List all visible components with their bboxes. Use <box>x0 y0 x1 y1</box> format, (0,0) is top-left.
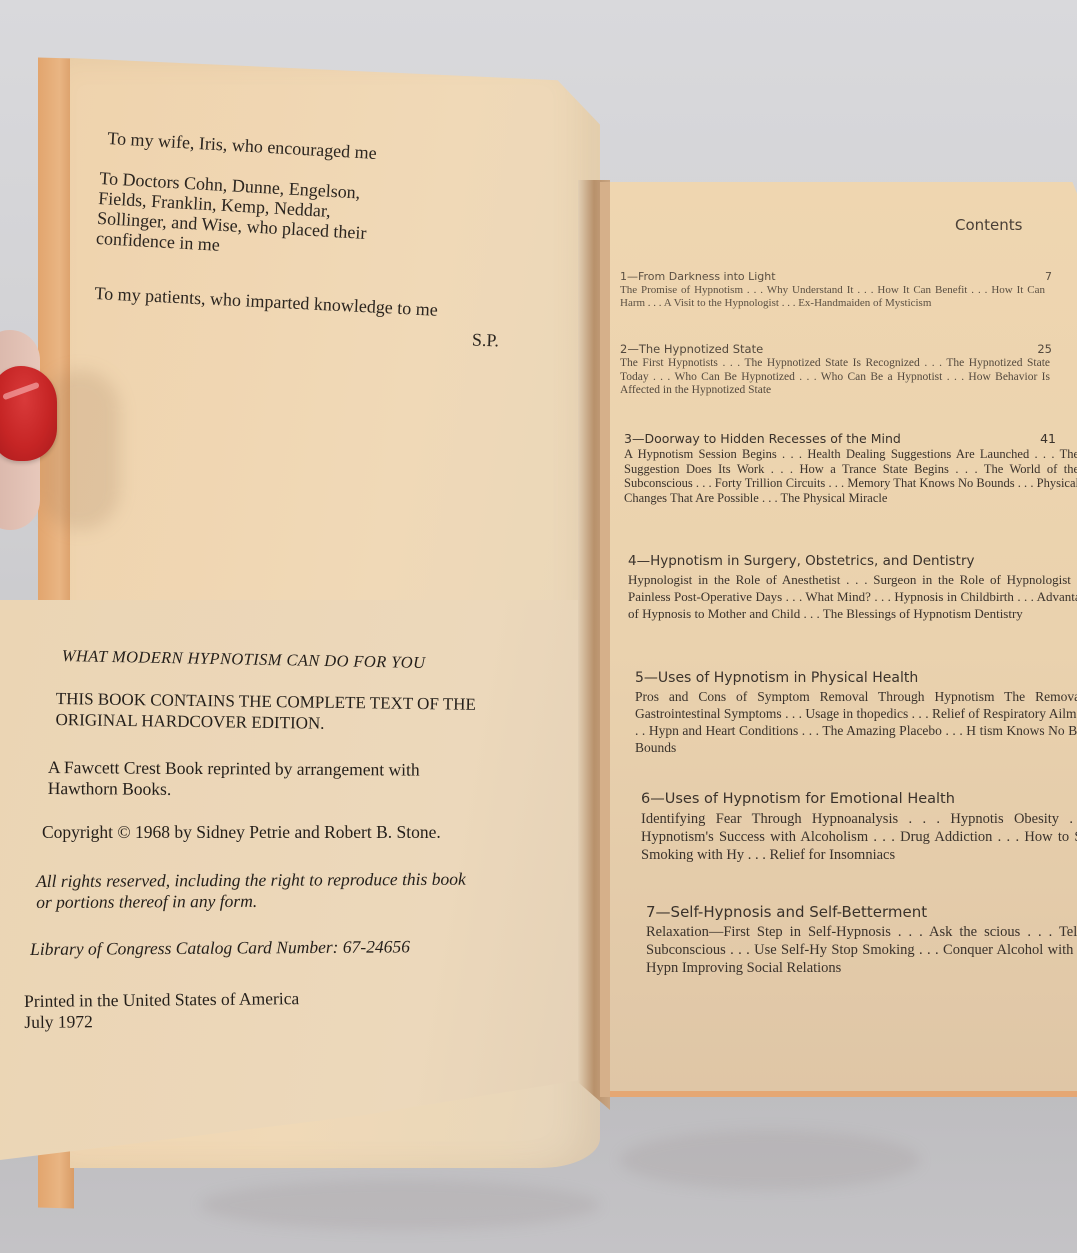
toc-chapter-title: 5—Uses of Hypnotism in Physical Health <box>635 669 918 687</box>
toc-chapter-title: 3—Doorway to Hidden Recesses of the Mind <box>624 431 901 446</box>
copyright-line: Copyright © 1968 by Sidney Petrie and Ro… <box>42 822 441 843</box>
printing-info: Printed in the United States of America … <box>24 988 300 1033</box>
rights-line: All rights reserved, including the right… <box>36 869 466 892</box>
toc-subtopics: Identifying Fear Through Hypnoanalysis .… <box>641 810 1077 864</box>
toc-chapter-title-row: 7—Self-Hypnosis and Self-Betterment <box>646 902 1077 922</box>
toc-chapter-title: 6—Uses of Hypnotism for Emotional Health <box>641 790 955 809</box>
toc-page-number: 25 <box>1037 343 1077 356</box>
catalog-number: Library of Congress Catalog Card Number:… <box>30 936 410 960</box>
toc-chapter-title: 7—Self-Hypnosis and Self-Betterment <box>646 902 927 922</box>
publisher-line: Hawthorn Books. <box>48 778 420 802</box>
toc-entry: 2—The Hypnotized State 25 The First Hypn… <box>620 343 1077 398</box>
cloth-fold <box>620 1130 920 1190</box>
printing-line: July 1972 <box>24 1009 299 1033</box>
dedication-doctors: To Doctors Cohn, Dunne, Engelson, Fields… <box>96 168 370 263</box>
edition-notice: THIS BOOK CONTAINS THE COMPLETE TEXT OF … <box>55 688 476 736</box>
toc-page-number: 7 <box>1045 270 1077 283</box>
publisher-notice: A Fawcett Crest Book reprinted by arrang… <box>48 757 420 802</box>
red-fingernail <box>0 366 57 461</box>
toc-subtopics: A Hypnotism Session Begins . . . Health … <box>624 447 1077 505</box>
toc-subtopics: The Promise of Hypnotism . . . Why Under… <box>620 284 1045 310</box>
contents-heading: Contents <box>955 216 1022 234</box>
toc-entry: 7—Self-Hypnosis and Self-Betterment Rela… <box>646 902 1077 977</box>
rights-line: or portions thereof in any form. <box>36 890 466 913</box>
rights-notice: All rights reserved, including the right… <box>36 869 466 913</box>
toc-subtopics: Relaxation—First Step in Self-Hypnosis .… <box>646 923 1077 977</box>
toc-chapter-title-row: 5—Uses of Hypnotism in Physical Health <box>635 669 1077 687</box>
cloth-fold <box>200 1180 600 1230</box>
toc-chapter-title-row: 2—The Hypnotized State 25 <box>620 343 1077 356</box>
toc-chapter-title: 1—From Darkness into Light <box>620 270 776 283</box>
toc-subtopics: Pros and Cons of Symptom Removal Through… <box>635 688 1077 756</box>
toc-entry: 6—Uses of Hypnotism for Emotional Health… <box>641 790 1077 864</box>
toc-entry: 5—Uses of Hypnotism in Physical Health P… <box>635 669 1077 756</box>
toc-entry: 3—Doorway to Hidden Recesses of the Mind… <box>624 431 1077 505</box>
toc-subtopics: Hypnologist in the Role of Anesthetist .… <box>628 571 1077 622</box>
toc-page-number <box>1073 790 1077 809</box>
toc-page-number: 41 <box>1040 431 1077 446</box>
toc-subtopics: The First Hypnotists . . . The Hypnotize… <box>620 357 1050 397</box>
printing-line: Printed in the United States of America <box>24 988 299 1012</box>
toc-chapter-title-row: 6—Uses of Hypnotism for Emotional Health <box>641 790 1077 809</box>
toc-entry: 4—Hypnotism in Surgery, Obstetrics, and … <box>628 553 1077 622</box>
dedication-signature: S.P. <box>472 330 500 351</box>
toc-chapter-title: 2—The Hypnotized State <box>620 343 763 356</box>
toc-entry: 1—From Darkness into Light 7 The Promise… <box>620 270 1077 310</box>
toc-page-number <box>1067 669 1077 687</box>
toc-chapter-title-row: 1—From Darkness into Light 7 <box>620 270 1077 283</box>
toc-chapter-title-row: 3—Doorway to Hidden Recesses of the Mind… <box>624 431 1077 446</box>
toc-chapter-title: 4—Hypnotism in Surgery, Obstetrics, and … <box>628 553 975 570</box>
toc-chapter-title-row: 4—Hypnotism in Surgery, Obstetrics, and … <box>628 553 1077 570</box>
publisher-line: A Fawcett Crest Book reprinted by arrang… <box>48 757 420 781</box>
